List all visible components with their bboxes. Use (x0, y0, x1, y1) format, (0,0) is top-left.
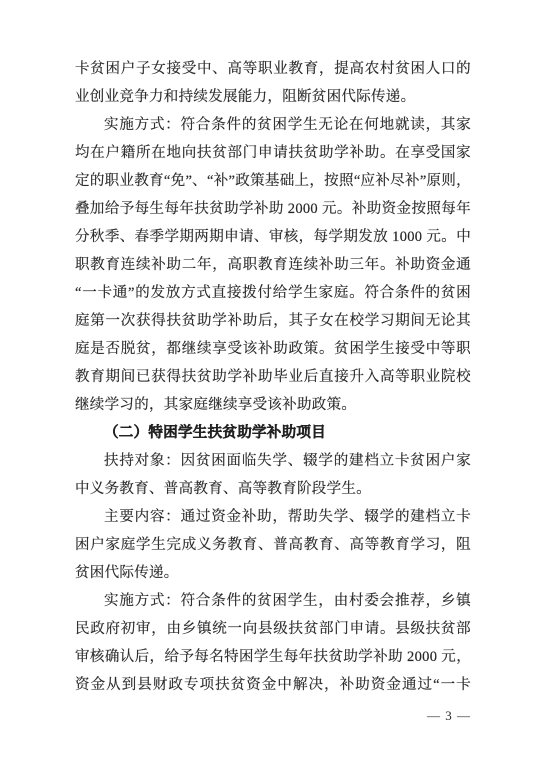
text-line: 贫困代际传递。 (75, 559, 471, 587)
text-line: 中义务教育、普高教育、高等教育阶段学生。 (75, 475, 471, 503)
section-heading: （二）特困学生扶贫助学补助项目 (75, 419, 471, 447)
text-line: 卡贫困户子女接受中、高等职业教育，提高农村贫困人口的就 (75, 55, 471, 83)
document-body: 卡贫困户子女接受中、高等职业教育，提高农村贫困人口的就 业创业竞争力和持续发展能… (75, 55, 471, 699)
document-page: 卡贫困户子女接受中、高等职业教育，提高农村贫困人口的就 业创业竞争力和持续发展能… (0, 0, 543, 767)
text-line: 均在户籍所在地向扶贫部门申请扶贫助学补助。在享受国家规 (75, 139, 471, 167)
text-line: 定的职业教育“免”、“补”政策基础上，按照“应补尽补”原则， (75, 167, 471, 195)
text-line: 资金从到县财政专项扶贫资金中解决，补助资金通过“一卡通” (75, 671, 471, 699)
text-line: 教育期间已获得扶贫助学补助毕业后直接升入高等职业院校 (75, 363, 471, 391)
text-line: 实施方式：符合条件的贫困学生无论在何地就读，其家庭 (75, 111, 471, 139)
text-line: 职教育连续补助二年，高职教育连续补助三年。补助资金通过 (75, 251, 471, 279)
text-line: “一卡通”的发放方式直接拨付给学生家庭。符合条件的贫困家 (75, 279, 471, 307)
text-line: 实施方式：符合条件的贫困学生，由村委会推荐，乡镇人 (75, 587, 471, 615)
text-line: 审核确认后，给予每名特困学生每年扶贫助学补助 2000 元， (75, 643, 471, 671)
text-line: 扶持对象：因贫困面临失学、辍学的建档立卡贫困户家庭 (75, 447, 471, 475)
text-line: 分秋季、春季学期两期申请、审核，每学期发放 1000 元。中 (75, 223, 471, 251)
text-line: 庭是否脱贫，都继续享受该补助政策。贫困学生接受中等职业 (75, 335, 471, 363)
text-line: 业创业竞争力和持续发展能力，阻断贫困代际传递。 (75, 83, 471, 111)
text-line: 继续学习的，其家庭继续享受该补助政策。 (75, 391, 471, 419)
text-line: 民政府初审，由乡镇统一向县级扶贫部门申请。县级扶贫部门 (75, 615, 471, 643)
text-line: 叠加给予每生每年扶贫助学补助 2000 元。补助资金按照每年 (75, 195, 471, 223)
text-line: 困户家庭学生完成义务教育、普高教育、高等教育学习，阻断 (75, 531, 471, 559)
page-number: — 3 — (75, 708, 471, 724)
text-line: 主要内容：通过资金补助，帮助失学、辍学的建档立卡贫 (75, 503, 471, 531)
text-line: 庭第一次获得扶贫助学补助后，其子女在校学习期间无论其家 (75, 307, 471, 335)
